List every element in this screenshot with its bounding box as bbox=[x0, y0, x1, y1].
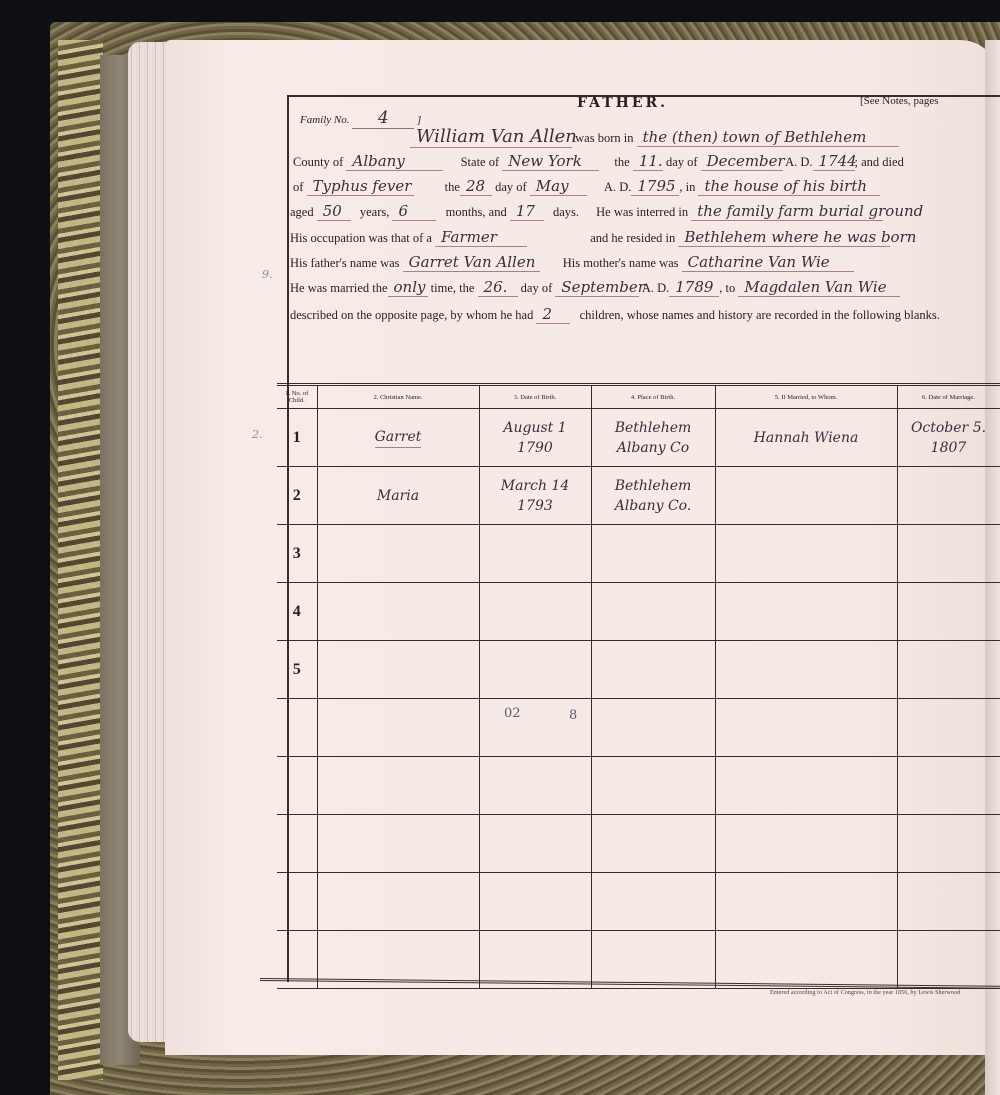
col-christian-name: 2. Christian Name. bbox=[317, 385, 479, 409]
table-row bbox=[277, 815, 1000, 873]
birth-month: December bbox=[701, 152, 783, 171]
residence: Bethlehem where he was born bbox=[678, 228, 890, 247]
mothers-name: Catharine Van Wie bbox=[682, 253, 854, 272]
marriage-ordinal: only bbox=[388, 278, 428, 297]
child-dob: March 141793 bbox=[479, 467, 591, 525]
table-row: 4 bbox=[277, 583, 1000, 641]
child-no: 3 bbox=[277, 525, 317, 583]
age-days: 17 bbox=[510, 202, 544, 221]
age-months: 6 bbox=[392, 202, 436, 221]
children-count: 2 bbox=[536, 305, 570, 324]
child-pob: BethlehemAlbany Co bbox=[591, 409, 715, 467]
marriage-day: 26. bbox=[478, 278, 518, 297]
child-dob: August 11790 bbox=[479, 409, 591, 467]
col-date-of-birth: 3. Date of Birth. bbox=[479, 385, 591, 409]
death-year: 1795 bbox=[631, 177, 679, 196]
table-header-row: 1. No. of Child. 2. Christian Name. 3. D… bbox=[277, 385, 1000, 409]
child-dom bbox=[897, 467, 1000, 525]
line-marriage: He was married theonly time, the 26. day… bbox=[290, 278, 900, 297]
margin-note-2: 2. bbox=[252, 428, 263, 441]
table-row: 3 bbox=[277, 525, 1000, 583]
marriage-month: September bbox=[555, 278, 639, 297]
death-place: the house of his birth bbox=[698, 177, 880, 196]
line-children: described on the opposite page, by whom … bbox=[290, 305, 940, 324]
col-child-no: 1. No. of Child. bbox=[277, 385, 317, 409]
child-pob: BethlehemAlbany Co. bbox=[591, 467, 715, 525]
occupation: Farmer bbox=[435, 228, 527, 247]
child-no: 1 bbox=[277, 409, 317, 467]
child-name: Garret bbox=[317, 409, 479, 467]
spouse-name: Magdalen Van Wie bbox=[738, 278, 900, 297]
child-dom: October 5.1807 bbox=[897, 409, 1000, 467]
children-table: 1. No. of Child. 2. Christian Name. 3. D… bbox=[277, 383, 1000, 989]
stray-pencil-mark: 02 bbox=[504, 706, 521, 721]
county: Albany bbox=[346, 152, 443, 171]
child-no: 4 bbox=[277, 583, 317, 641]
marriage-year: 1789 bbox=[669, 278, 719, 297]
fathers-name: Garret Van Allen bbox=[403, 253, 540, 272]
birth-year: 1744 bbox=[813, 152, 855, 171]
table-row: 1 Garret August 11790 BethlehemAlbany Co… bbox=[277, 409, 1000, 467]
state: New York bbox=[502, 152, 599, 171]
child-no: 5 bbox=[277, 641, 317, 699]
stray-pencil-mark: 8 bbox=[569, 708, 577, 723]
table-row bbox=[277, 699, 1000, 757]
birth-day: 11. bbox=[633, 152, 663, 171]
child-spouse bbox=[715, 467, 897, 525]
cause-of-death: Typhus fever bbox=[307, 177, 414, 196]
table-row bbox=[277, 873, 1000, 931]
child-no: 2 bbox=[277, 467, 317, 525]
death-day: 28 bbox=[460, 177, 492, 196]
margin-note-9: 9. bbox=[262, 268, 273, 281]
child-name: Maria bbox=[317, 467, 479, 525]
copyright-notice: Entered according to Act of Congress, in… bbox=[770, 990, 960, 996]
page-title: FATHER. bbox=[577, 95, 668, 111]
father-name: William Van Allen bbox=[410, 126, 572, 148]
family-number-value: 4 bbox=[352, 108, 414, 129]
line-occupation: His occupation was that of a Farmer and … bbox=[290, 228, 890, 247]
table-row: 2 Maria March 141793 BethlehemAlbany Co. bbox=[277, 467, 1000, 525]
line-county: County of Albany State of New York the 1… bbox=[293, 152, 904, 171]
age-years: 50 bbox=[317, 202, 351, 221]
burial-place: the family farm burial ground bbox=[691, 202, 883, 221]
col-married-to: 5. If Married, to Whom. bbox=[715, 385, 897, 409]
child-spouse: Hannah Wiena bbox=[715, 409, 897, 467]
see-notes-label: [See Notes, pages bbox=[860, 95, 939, 107]
death-month: May bbox=[530, 177, 587, 196]
family-number: Family No. 4 ] bbox=[300, 108, 421, 129]
book-cover-gilt-border bbox=[58, 40, 103, 1080]
line-age: aged 50 years, 6 months, and 17 days. He… bbox=[290, 202, 883, 221]
line-parents: His father's name was Garret Van Allen H… bbox=[290, 253, 854, 272]
col-place-of-birth: 4. Place of Birth. bbox=[591, 385, 715, 409]
table-row: 5 bbox=[277, 641, 1000, 699]
line-birth: William Van Allen was born in the (then)… bbox=[410, 126, 899, 148]
line-death: of Typhus fever the28 day of May A. D.17… bbox=[293, 177, 880, 196]
col-date-of-marriage: 6. Date of Marriage. bbox=[897, 385, 1000, 409]
birthplace: the (then) town of Bethlehem bbox=[637, 128, 899, 147]
table-row bbox=[277, 757, 1000, 815]
